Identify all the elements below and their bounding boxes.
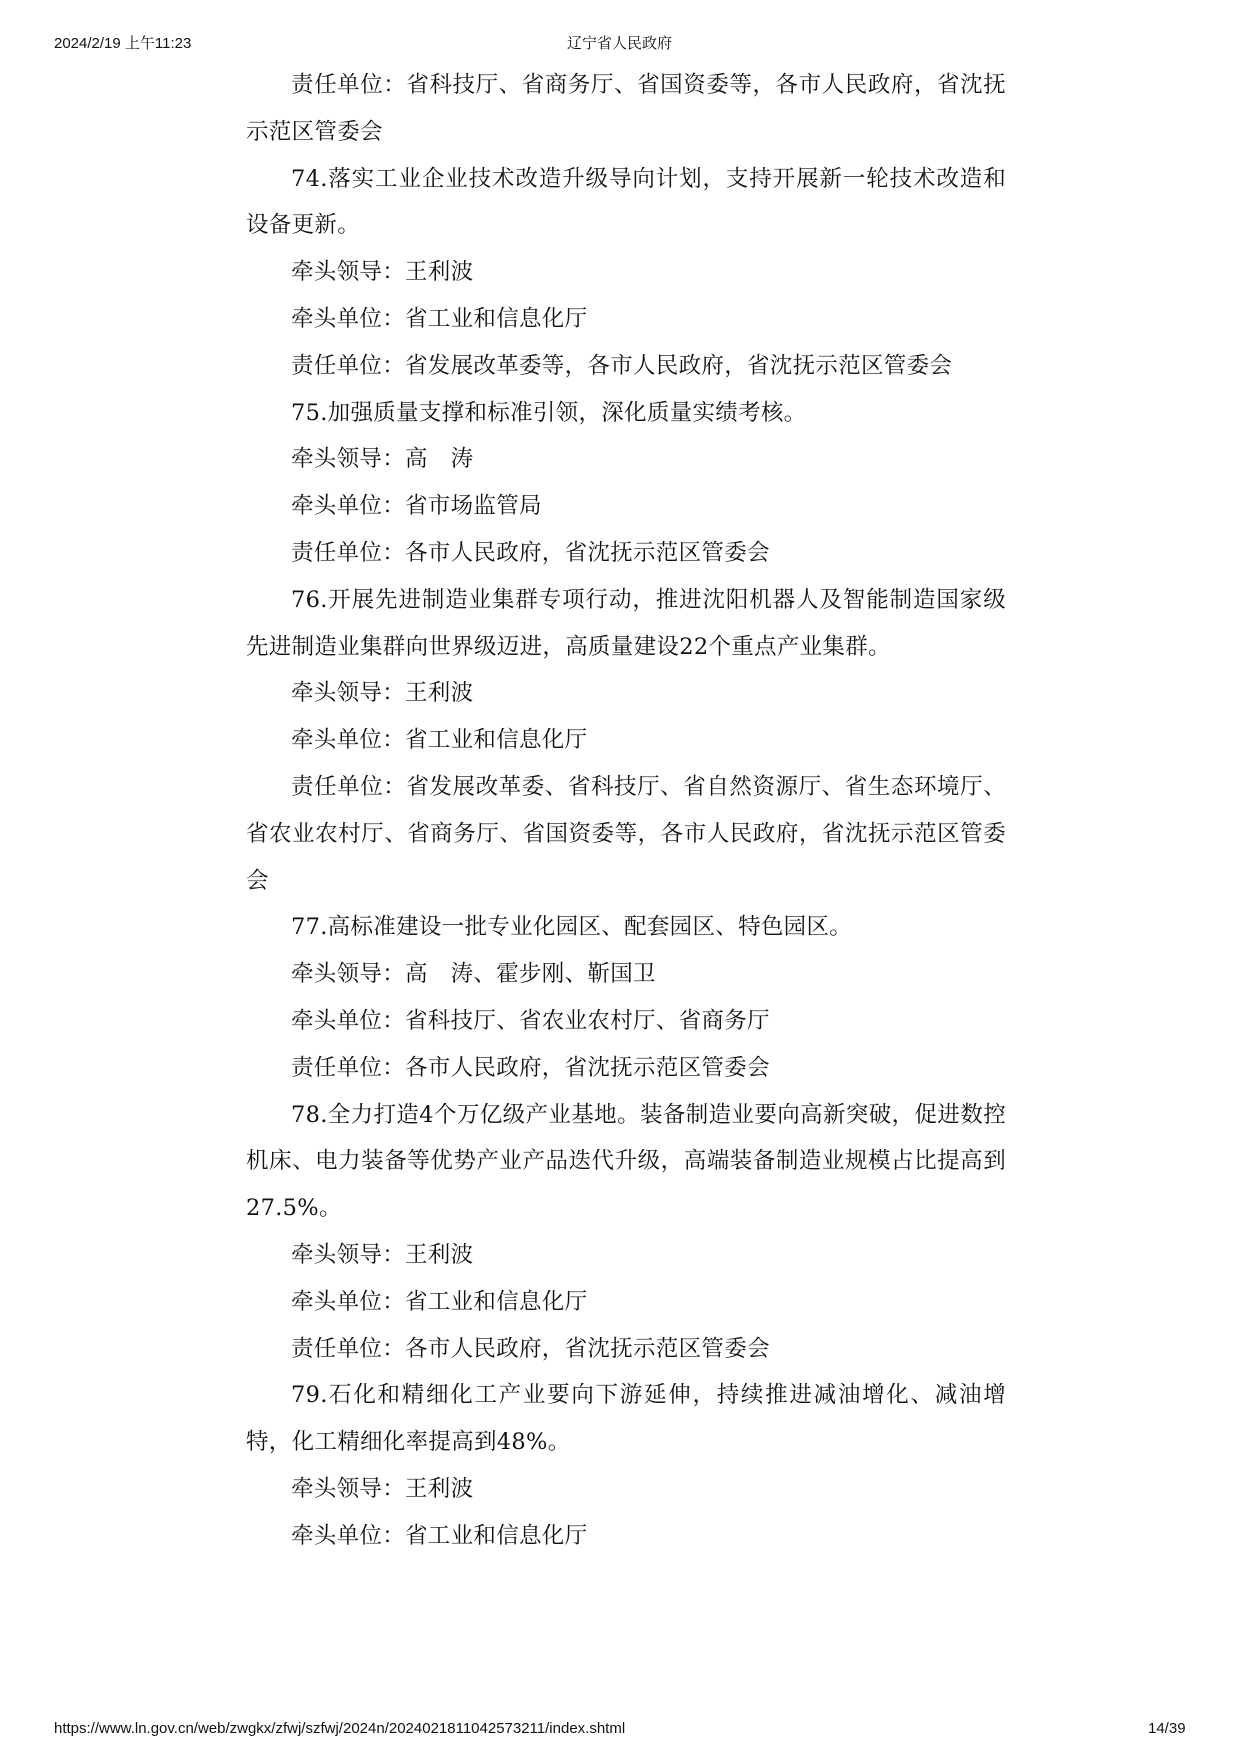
responsible-units: 责任单位：各市人民政府，省沈抚示范区管委会 <box>246 530 1006 577</box>
document-body: 责任单位：省科技厅、省商务厅、省国资委等，各市人民政府，省沈抚示范区管委会 74… <box>246 62 1006 1560</box>
lead-leader: 牵头领导：王利波 <box>246 1232 1006 1279</box>
print-footer: https://www.ln.gov.cn/web/zwgkx/zfwj/szf… <box>0 1720 1239 1742</box>
item-text: 79.石化和精细化工产业要向下游延伸，持续推进减油增化、减油增特，化工精细化率提… <box>246 1372 1006 1466</box>
page-url: https://www.ln.gov.cn/web/zwgkx/zfwj/szf… <box>54 1720 625 1737</box>
item-74: 74.落实工业企业技术改造升级导向计划，支持开展新一轮技术改造和设备更新。 牵头… <box>246 156 1006 390</box>
responsible-units: 责任单位：各市人民政府，省沈抚示范区管委会 <box>246 1045 1006 1092</box>
lead-leader: 牵头领导：王利波 <box>246 249 1006 296</box>
print-header: 2024/2/19 上午11:23 辽宁省人民政府 <box>0 32 1239 54</box>
item-text: 78.全力打造4个万亿级产业基地。装备制造业要向高新突破，促进数控机床、电力装备… <box>246 1092 1006 1232</box>
lead-unit: 牵头单位：省科技厅、省农业农村厅、省商务厅 <box>246 998 1006 1045</box>
lead-unit: 牵头单位：省工业和信息化厅 <box>246 1279 1006 1326</box>
site-title: 辽宁省人民政府 <box>0 32 1239 53</box>
lead-leader: 牵头领导：高 涛 <box>246 436 1006 483</box>
lead-leader: 牵头领导：高 涛、霍步刚、靳国卫 <box>246 951 1006 998</box>
lead-leader: 牵头领导：王利波 <box>246 1466 1006 1513</box>
page-number: 14/39 <box>1148 1720 1186 1737</box>
item-79: 79.石化和精细化工产业要向下游延伸，持续推进减油增化、减油增特，化工精细化率提… <box>246 1372 1006 1559</box>
item-76: 76.开展先进制造业集群专项行动，推进沈阳机器人及智能制造国家级先进制造业集群向… <box>246 577 1006 905</box>
item-text: 77.高标准建设一批专业化园区、配套园区、特色园区。 <box>246 904 1006 951</box>
lead-unit: 牵头单位：省市场监管局 <box>246 483 1006 530</box>
item-78: 78.全力打造4个万亿级产业基地。装备制造业要向高新突破，促进数控机床、电力装备… <box>246 1092 1006 1373</box>
carryover-responsible-units: 责任单位：省科技厅、省商务厅、省国资委等，各市人民政府，省沈抚示范区管委会 <box>246 62 1006 156</box>
lead-unit: 牵头单位：省工业和信息化厅 <box>246 717 1006 764</box>
responsible-units: 责任单位：各市人民政府，省沈抚示范区管委会 <box>246 1326 1006 1373</box>
lead-unit: 牵头单位：省工业和信息化厅 <box>246 1513 1006 1560</box>
item-77: 77.高标准建设一批专业化园区、配套园区、特色园区。 牵头领导：高 涛、霍步刚、… <box>246 904 1006 1091</box>
responsible-units: 责任单位：省发展改革委、省科技厅、省自然资源厅、省生态环境厅、省农业农村厅、省商… <box>246 764 1006 904</box>
responsible-units: 责任单位：省发展改革委等，各市人民政府，省沈抚示范区管委会 <box>246 343 1006 390</box>
item-text: 76.开展先进制造业集群专项行动，推进沈阳机器人及智能制造国家级先进制造业集群向… <box>246 577 1006 671</box>
lead-unit: 牵头单位：省工业和信息化厅 <box>246 296 1006 343</box>
item-text: 75.加强质量支撑和标准引领，深化质量实绩考核。 <box>246 390 1006 437</box>
item-75: 75.加强质量支撑和标准引领，深化质量实绩考核。 牵头领导：高 涛 牵头单位：省… <box>246 390 1006 577</box>
item-text: 74.落实工业企业技术改造升级导向计划，支持开展新一轮技术改造和设备更新。 <box>246 156 1006 250</box>
lead-leader: 牵头领导：王利波 <box>246 670 1006 717</box>
